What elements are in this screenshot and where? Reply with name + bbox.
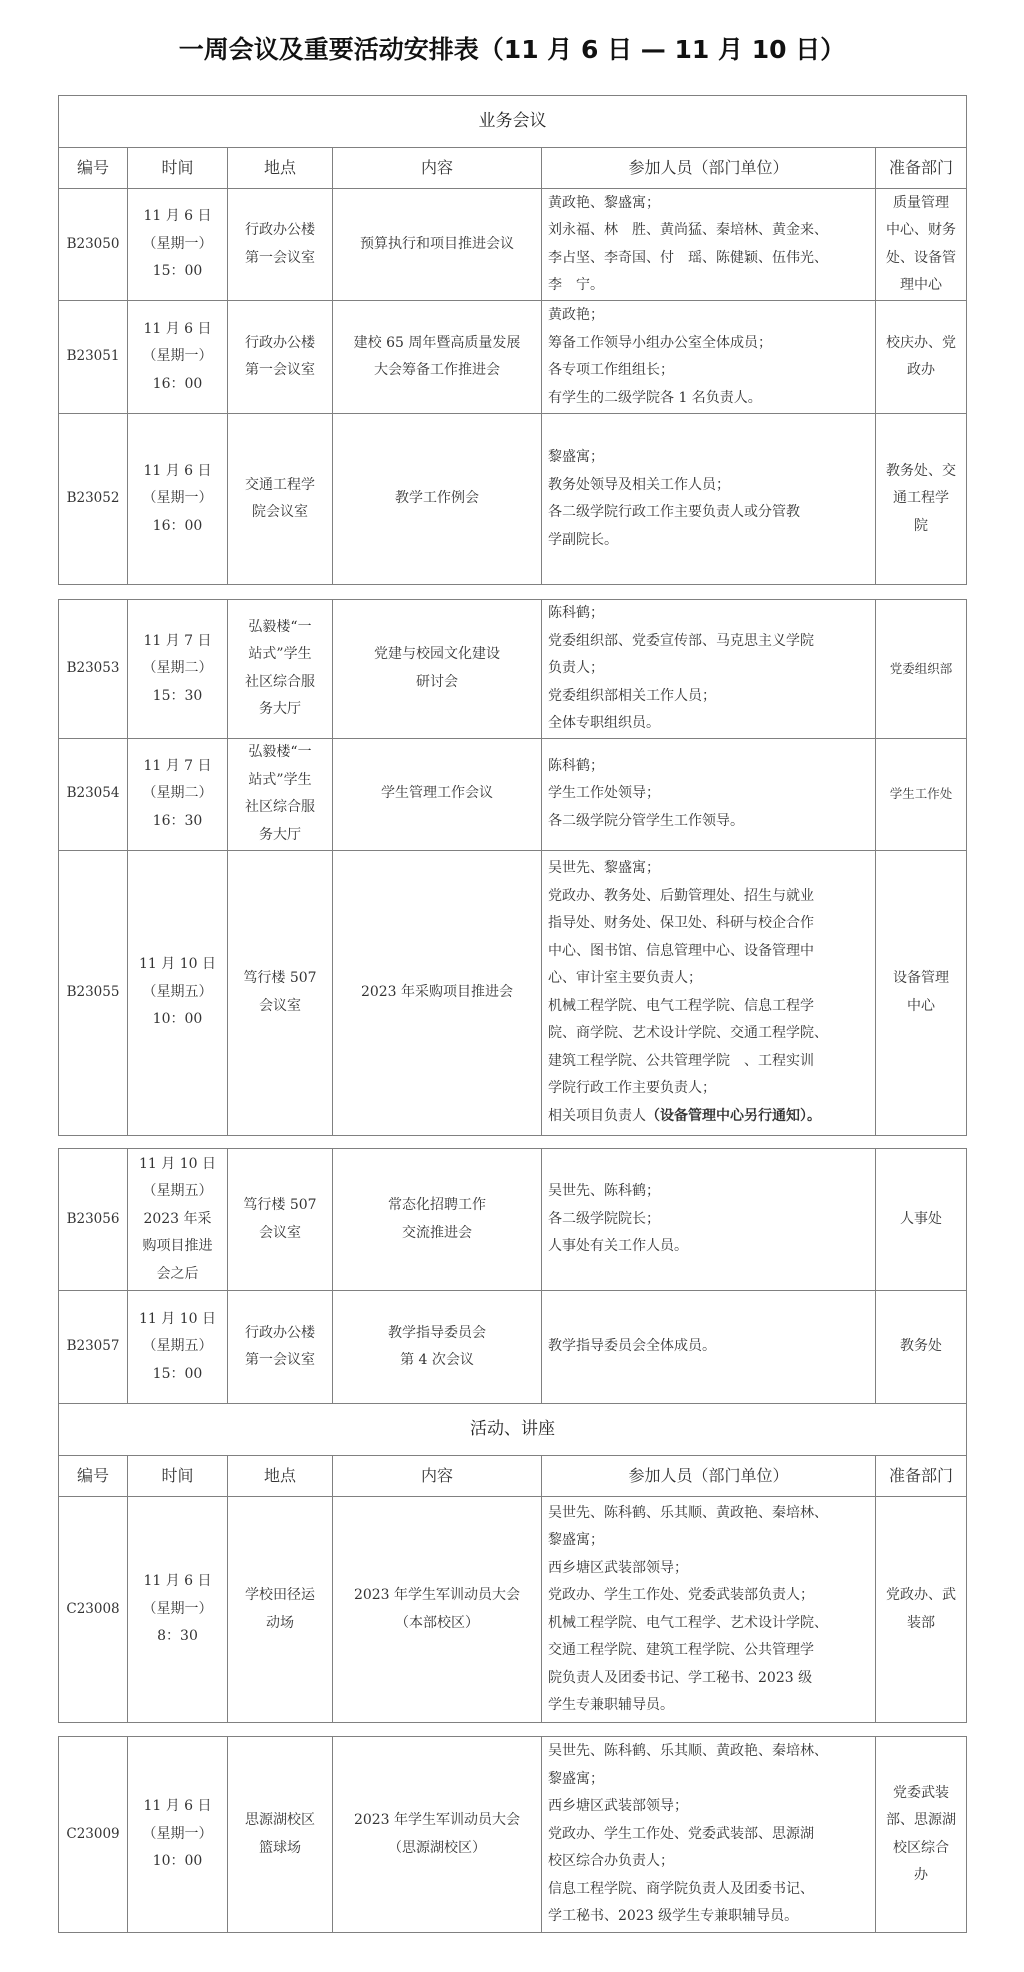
time-line: 11 月 6 日	[134, 1793, 221, 1821]
attendee-line: 相关项目负责人（设备管理中心另行通知）。	[548, 1103, 871, 1131]
location-line: 会议室	[234, 1220, 326, 1248]
schedule-table-segment-3: B2305611 月 10 日（星期五）2023 年采购项目推进会之后笃行楼 5…	[58, 1148, 967, 1723]
dept-line: 教务处、交	[882, 458, 960, 486]
prep-department: 教务处、交通工程学院	[876, 414, 967, 585]
location-line: 弘毅楼“一	[234, 739, 326, 767]
meeting-content: 教学工作例会	[333, 414, 542, 585]
location-line: 学校田径运	[234, 1582, 326, 1610]
meeting-attendees: 教学指导委员会全体成员。	[542, 1291, 876, 1404]
header-content: 内容	[333, 148, 542, 189]
attendee-line: 各专项工作组组长；	[548, 357, 871, 385]
attendee-line: 学副院长。	[548, 527, 871, 555]
content-line: 2023 年学生军训动员大会	[339, 1582, 535, 1610]
meeting-content: 党建与校园文化建设研讨会	[333, 600, 542, 739]
table-row: B2305211 月 6 日（星期一）16：00交通工程学院会议室教学工作例会黎…	[59, 414, 967, 585]
dept-line: 党委组织部	[882, 655, 960, 683]
time-line: （星期二）	[134, 780, 221, 808]
attendee-line-note: （设备管理中心另行通知）。	[646, 1108, 821, 1124]
meeting-time: 11 月 7 日（星期二）16：30	[128, 738, 228, 850]
prep-department: 党委武装部、思源湖校区综合办	[876, 1737, 967, 1933]
header-id: 编号	[59, 1456, 128, 1497]
attendee-line: 教学指导委员会全体成员。	[548, 1333, 871, 1361]
time-line: 16：30	[134, 808, 221, 836]
location-line: 第一会议室	[234, 1347, 326, 1375]
dept-line: 中心、财务	[882, 217, 960, 245]
prep-department: 党委组织部	[876, 600, 967, 739]
attendee-line: 陈科鹤；	[548, 600, 871, 628]
location-line: 社区综合服	[234, 794, 326, 822]
attendee-line: 党政办、学生工作处、党委武装部、思源湖	[548, 1821, 871, 1849]
table-row: B2305311 月 7 日（星期二）15：30弘毅楼“一站式”学生社区综合服务…	[59, 600, 967, 739]
meeting-location: 行政办公楼第一会议室	[228, 189, 333, 301]
header-attendees: 参加人员（部门单位）	[542, 1456, 876, 1497]
location-line: 站式”学生	[234, 767, 326, 795]
location-line: 行政办公楼	[234, 217, 326, 245]
table-row: C2300811 月 6 日（星期一）8：30学校田径运动场2023 年学生军训…	[59, 1497, 967, 1723]
schedule-table-segment-2: B2305311 月 7 日（星期二）15：30弘毅楼“一站式”学生社区综合服务…	[58, 599, 967, 1136]
attendee-line: 党政办、学生工作处、党委武装部负责人；	[548, 1582, 871, 1610]
meeting-id: B23052	[59, 414, 128, 585]
attendee-line: 党委组织部、党委宣传部、马克思主义学院	[548, 628, 871, 656]
attendee-line: 学院行政工作主要负责人；	[548, 1075, 871, 1103]
time-line: （星期五）	[134, 979, 221, 1007]
meeting-id: B23056	[59, 1149, 128, 1291]
prep-department: 校庆办、党政办	[876, 301, 967, 414]
section-title-business-meetings: 业务会议	[59, 96, 967, 148]
time-line: 15：00	[134, 1361, 221, 1389]
time-line: 11 月 10 日	[134, 1306, 221, 1334]
time-line: 11 月 10 日	[134, 1151, 221, 1179]
meeting-content: 学生管理工作会议	[333, 738, 542, 850]
attendee-line: 机械工程学院、电气工程学、艺术设计学院、	[548, 1610, 871, 1638]
attendee-line: 吴世先、黎盛寓；	[548, 855, 871, 883]
meeting-time: 11 月 7 日（星期二）15：30	[128, 600, 228, 739]
time-line: （星期二）	[134, 655, 221, 683]
attendee-line: 教务处领导及相关工作人员；	[548, 472, 871, 500]
meeting-location: 笃行楼 507会议室	[228, 850, 333, 1135]
header-location: 地点	[228, 148, 333, 189]
attendee-line: 各二级学院行政工作主要负责人或分管教	[548, 499, 871, 527]
meeting-content: 教学指导委员会第 4 次会议	[333, 1291, 542, 1404]
time-line: （星期一）	[134, 1596, 221, 1624]
table-row: B2305611 月 10 日（星期五）2023 年采购项目推进会之后笃行楼 5…	[59, 1149, 967, 1291]
location-line: 思源湖校区	[234, 1807, 326, 1835]
attendee-line: 黎盛寓；	[548, 444, 871, 472]
time-line: 16：00	[134, 513, 221, 541]
attendee-line: 院负责人及团委书记、学工秘书、2023 级	[548, 1665, 871, 1693]
meeting-content: 建校 65 周年暨高质量发展大会筹备工作推进会	[333, 301, 542, 414]
meeting-content: 常态化招聘工作交流推进会	[333, 1149, 542, 1291]
meeting-attendees: 吴世先、黎盛寓；党政办、教务处、后勤管理处、招生与就业指导处、财务处、保卫处、科…	[542, 850, 876, 1135]
location-line: 社区综合服	[234, 669, 326, 697]
attendee-line: 信息工程学院、商学院负责人及团委书记、	[548, 1876, 871, 1904]
header-time: 时间	[128, 148, 228, 189]
table-row: B2305111 月 6 日（星期一）16：00行政办公楼第一会议室建校 65 …	[59, 301, 967, 414]
content-line: （思源湖校区）	[339, 1835, 535, 1863]
location-line: 交通工程学	[234, 472, 326, 500]
meeting-id: B23050	[59, 189, 128, 301]
attendee-line: 李占坚、李奇国、付 瑶、陈健颖、伍伟光、	[548, 245, 871, 273]
meeting-location: 弘毅楼“一站式”学生社区综合服务大厅	[228, 600, 333, 739]
time-line: （星期一）	[134, 1821, 221, 1849]
attendee-line: 中心、图书馆、信息管理中心、设备管理中	[548, 938, 871, 966]
meeting-location: 弘毅楼“一站式”学生社区综合服务大厅	[228, 738, 333, 850]
attendee-line: 院、商学院、艺术设计学院、交通工程学院、	[548, 1020, 871, 1048]
table-row: B2305411 月 7 日（星期二）16：30弘毅楼“一站式”学生社区综合服务…	[59, 738, 967, 850]
dept-line: 装部	[882, 1610, 960, 1638]
time-line: 11 月 10 日	[134, 951, 221, 979]
meeting-time: 11 月 6 日（星期一）10：00	[128, 1737, 228, 1933]
meeting-attendees: 黎盛寓；教务处领导及相关工作人员；各二级学院行政工作主要负责人或分管教学副院长。	[542, 414, 876, 585]
time-line: 11 月 6 日	[134, 316, 221, 344]
location-line: 笃行楼 507	[234, 965, 326, 993]
location-line: 行政办公楼	[234, 1320, 326, 1348]
location-line: 动场	[234, 1610, 326, 1638]
dept-line: 学生工作处	[882, 780, 960, 808]
dept-line: 党政办、武	[882, 1582, 960, 1610]
time-line: （星期五）	[134, 1178, 221, 1206]
attendee-line: 各二级学院院长；	[548, 1206, 871, 1234]
dept-line: 理中心	[882, 272, 960, 300]
attendee-line: 西乡塘区武装部领导；	[548, 1555, 871, 1583]
schedule-table-segment-1: 业务会议 编号 时间 地点 内容 参加人员（部门单位） 准备部门 B230501…	[58, 95, 967, 585]
dept-line: 校区综合	[882, 1835, 960, 1863]
meeting-id: B23057	[59, 1291, 128, 1404]
location-line: 弘毅楼“一	[234, 614, 326, 642]
content-line: 常态化招聘工作	[339, 1192, 535, 1220]
meeting-id: C23009	[59, 1737, 128, 1933]
meeting-location: 笃行楼 507会议室	[228, 1149, 333, 1291]
attendee-line: 心、审计室主要负责人；	[548, 965, 871, 993]
time-line: 16：00	[134, 371, 221, 399]
dept-line: 院	[882, 513, 960, 541]
meeting-attendees: 陈科鹤；学生工作处领导；各二级学院分管学生工作领导。	[542, 738, 876, 850]
dept-line: 教务处	[882, 1333, 960, 1361]
section-title-activities: 活动、讲座	[59, 1404, 967, 1456]
meeting-content: 2023 年采购项目推进会	[333, 850, 542, 1135]
meeting-attendees: 陈科鹤；党委组织部、党委宣传部、马克思主义学院负责人；党委组织部相关工作人员；全…	[542, 600, 876, 739]
content-line: 教学工作例会	[339, 485, 535, 513]
attendee-line: 建筑工程学院、公共管理学院 、工程实训	[548, 1048, 871, 1076]
attendee-line: 学生工作处领导；	[548, 780, 871, 808]
location-line: 院会议室	[234, 499, 326, 527]
prep-department: 教务处	[876, 1291, 967, 1404]
location-line: 篮球场	[234, 1835, 326, 1863]
time-line: 10：00	[134, 1848, 221, 1876]
attendee-line: 党委组织部相关工作人员；	[548, 683, 871, 711]
content-line: 教学指导委员会	[339, 1320, 535, 1348]
meeting-time: 11 月 6 日（星期一）16：00	[128, 414, 228, 585]
content-line: 大会筹备工作推进会	[339, 357, 535, 385]
dept-line: 通工程学	[882, 485, 960, 513]
table-row: B2305711 月 10 日（星期五）15：00行政办公楼第一会议室教学指导委…	[59, 1291, 967, 1404]
dept-line: 人事处	[882, 1206, 960, 1234]
time-line: 11 月 6 日	[134, 458, 221, 486]
attendee-line: 西乡塘区武装部领导；	[548, 1793, 871, 1821]
prep-department: 学生工作处	[876, 738, 967, 850]
dept-line: 政办	[882, 357, 960, 385]
attendee-line: 黎盛寓；	[548, 1766, 871, 1794]
location-line: 会议室	[234, 993, 326, 1021]
schedule-table-segment-4: C2300911 月 6 日（星期一）10：00思源湖校区篮球场2023 年学生…	[58, 1736, 967, 1933]
time-line: 会之后	[134, 1261, 221, 1289]
meeting-time: 11 月 10 日（星期五）15：00	[128, 1291, 228, 1404]
time-line: 购项目推进	[134, 1233, 221, 1261]
attendee-line: 陈科鹤；	[548, 753, 871, 781]
location-line: 站式”学生	[234, 641, 326, 669]
dept-line: 质量管理	[882, 190, 960, 218]
time-line: 15：00	[134, 258, 221, 286]
table-row: C2300911 月 6 日（星期一）10：00思源湖校区篮球场2023 年学生…	[59, 1737, 967, 1933]
dept-line: 部、思源湖	[882, 1807, 960, 1835]
meeting-time: 11 月 6 日（星期一）8：30	[128, 1497, 228, 1723]
time-line: （星期五）	[134, 1333, 221, 1361]
location-line: 第一会议室	[234, 357, 326, 385]
attendee-line: 黄政艳、黎盛寓；	[548, 190, 871, 218]
meeting-location: 行政办公楼第一会议室	[228, 301, 333, 414]
meeting-location: 学校田径运动场	[228, 1497, 333, 1723]
content-line: 交流推进会	[339, 1220, 535, 1248]
content-line: 建校 65 周年暨高质量发展	[339, 330, 535, 358]
attendee-line: 校区综合办负责人；	[548, 1848, 871, 1876]
meeting-time: 11 月 6 日（星期一）16：00	[128, 301, 228, 414]
meeting-content: 2023 年学生军训动员大会（思源湖校区）	[333, 1737, 542, 1933]
location-line: 行政办公楼	[234, 330, 326, 358]
meeting-location: 交通工程学院会议室	[228, 414, 333, 585]
dept-line: 中心	[882, 993, 960, 1021]
table-row: B2305011 月 6 日（星期一）15：00行政办公楼第一会议室预算执行和项…	[59, 189, 967, 301]
attendee-line: 筹备工作领导小组办公室全体成员；	[548, 330, 871, 358]
meeting-attendees: 黄政艳；筹备工作领导小组办公室全体成员；各专项工作组组长；有学生的二级学院各 1…	[542, 301, 876, 414]
table-header-row: 编号 时间 地点 内容 参加人员（部门单位） 准备部门	[59, 148, 967, 189]
location-line: 务大厅	[234, 696, 326, 724]
time-line: 15：30	[134, 683, 221, 711]
attendee-line: 人事处有关工作人员。	[548, 1233, 871, 1261]
dept-line: 处、设备管	[882, 245, 960, 273]
meeting-id: B23054	[59, 738, 128, 850]
content-line: 2023 年学生军训动员大会	[339, 1807, 535, 1835]
time-line: （星期一）	[134, 485, 221, 513]
header-location: 地点	[228, 1456, 333, 1497]
prep-department: 人事处	[876, 1149, 967, 1291]
location-line: 第一会议室	[234, 245, 326, 273]
meeting-attendees: 吴世先、陈科鹤；各二级学院院长；人事处有关工作人员。	[542, 1149, 876, 1291]
table-header-row: 编号 时间 地点 内容 参加人员（部门单位） 准备部门	[59, 1456, 967, 1497]
header-time: 时间	[128, 1456, 228, 1497]
meeting-id: B23055	[59, 850, 128, 1135]
content-line: （本部校区）	[339, 1610, 535, 1638]
meeting-attendees: 黄政艳、黎盛寓；刘永福、林 胜、黄尚猛、秦培林、黄金来、李占坚、李奇国、付 瑶、…	[542, 189, 876, 301]
time-line: 11 月 6 日	[134, 1568, 221, 1596]
time-line: 11 月 7 日	[134, 628, 221, 656]
attendee-line: 学工秘书、2023 级学生专兼职辅导员。	[548, 1903, 871, 1931]
time-line: 11 月 7 日	[134, 753, 221, 781]
attendee-line: 黄政艳；	[548, 302, 871, 330]
content-line: 党建与校园文化建设	[339, 641, 535, 669]
dept-line: 党委武装	[882, 1780, 960, 1808]
attendee-line: 李 宁。	[548, 272, 871, 300]
meeting-attendees: 吴世先、陈科鹤、乐其顺、黄政艳、秦培林、黎盛寓；西乡塘区武装部领导；党政办、学生…	[542, 1497, 876, 1723]
content-line: 学生管理工作会议	[339, 780, 535, 808]
meeting-id: B23051	[59, 301, 128, 414]
location-line: 务大厅	[234, 822, 326, 850]
attendee-line: 负责人；	[548, 655, 871, 683]
header-dept: 准备部门	[876, 1456, 967, 1497]
attendee-line: 机械工程学院、电气工程学院、信息工程学	[548, 993, 871, 1021]
header-dept: 准备部门	[876, 148, 967, 189]
content-line: 2023 年采购项目推进会	[339, 979, 535, 1007]
meeting-time: 11 月 6 日（星期一）15：00	[128, 189, 228, 301]
attendee-line: 有学生的二级学院各 1 名负责人。	[548, 385, 871, 413]
attendee-line: 党政办、教务处、后勤管理处、招生与就业	[548, 883, 871, 911]
meeting-time: 11 月 10 日（星期五）2023 年采购项目推进会之后	[128, 1149, 228, 1291]
meeting-content: 2023 年学生军训动员大会（本部校区）	[333, 1497, 542, 1723]
attendee-line: 全体专职组织员。	[548, 710, 871, 738]
content-line: 研讨会	[339, 669, 535, 697]
attendee-line: 交通工程学院、建筑工程学院、公共管理学	[548, 1637, 871, 1665]
content-line: 预算执行和项目推进会议	[339, 231, 535, 259]
header-content: 内容	[333, 1456, 542, 1497]
meeting-location: 行政办公楼第一会议室	[228, 1291, 333, 1404]
dept-line: 办	[882, 1862, 960, 1890]
meeting-content: 预算执行和项目推进会议	[333, 189, 542, 301]
attendee-line: 各二级学院分管学生工作领导。	[548, 808, 871, 836]
meeting-time: 11 月 10 日（星期五）10：00	[128, 850, 228, 1135]
attendee-line: 学生专兼职辅导员。	[548, 1692, 871, 1720]
meeting-attendees: 吴世先、陈科鹤、乐其顺、黄政艳、秦培林、黎盛寓；西乡塘区武装部领导；党政办、学生…	[542, 1737, 876, 1933]
time-line: （星期一）	[134, 231, 221, 259]
attendee-line-prefix: 相关项目负责人	[548, 1108, 646, 1124]
prep-department: 党政办、武装部	[876, 1497, 967, 1723]
attendee-line: 吴世先、陈科鹤、乐其顺、黄政艳、秦培林、	[548, 1738, 871, 1766]
header-attendees: 参加人员（部门单位）	[542, 148, 876, 189]
dept-line: 设备管理	[882, 965, 960, 993]
meeting-id: C23008	[59, 1497, 128, 1723]
content-line: 第 4 次会议	[339, 1347, 535, 1375]
table-row: B2305511 月 10 日（星期五）10：00笃行楼 507会议室2023 …	[59, 850, 967, 1135]
location-line: 笃行楼 507	[234, 1192, 326, 1220]
meeting-id: B23053	[59, 600, 128, 739]
prep-department: 设备管理中心	[876, 850, 967, 1135]
time-line: 10：00	[134, 1006, 221, 1034]
header-id: 编号	[59, 148, 128, 189]
time-line: （星期一）	[134, 343, 221, 371]
page-title: 一周会议及重要活动安排表（11 月 6 日 — 11 月 10 日）	[0, 30, 1024, 66]
prep-department: 质量管理中心、财务处、设备管理中心	[876, 189, 967, 301]
meeting-location: 思源湖校区篮球场	[228, 1737, 333, 1933]
attendee-line: 吴世先、陈科鹤、乐其顺、黄政艳、秦培林、	[548, 1500, 871, 1528]
time-line: 8：30	[134, 1623, 221, 1651]
attendee-line: 黎盛寓；	[548, 1527, 871, 1555]
time-line: 11 月 6 日	[134, 203, 221, 231]
attendee-line: 刘永福、林 胜、黄尚猛、秦培林、黄金来、	[548, 217, 871, 245]
dept-line: 校庆办、党	[882, 330, 960, 358]
attendee-line: 指导处、财务处、保卫处、科研与校企合作	[548, 910, 871, 938]
attendee-line: 吴世先、陈科鹤；	[548, 1178, 871, 1206]
time-line: 2023 年采	[134, 1206, 221, 1234]
